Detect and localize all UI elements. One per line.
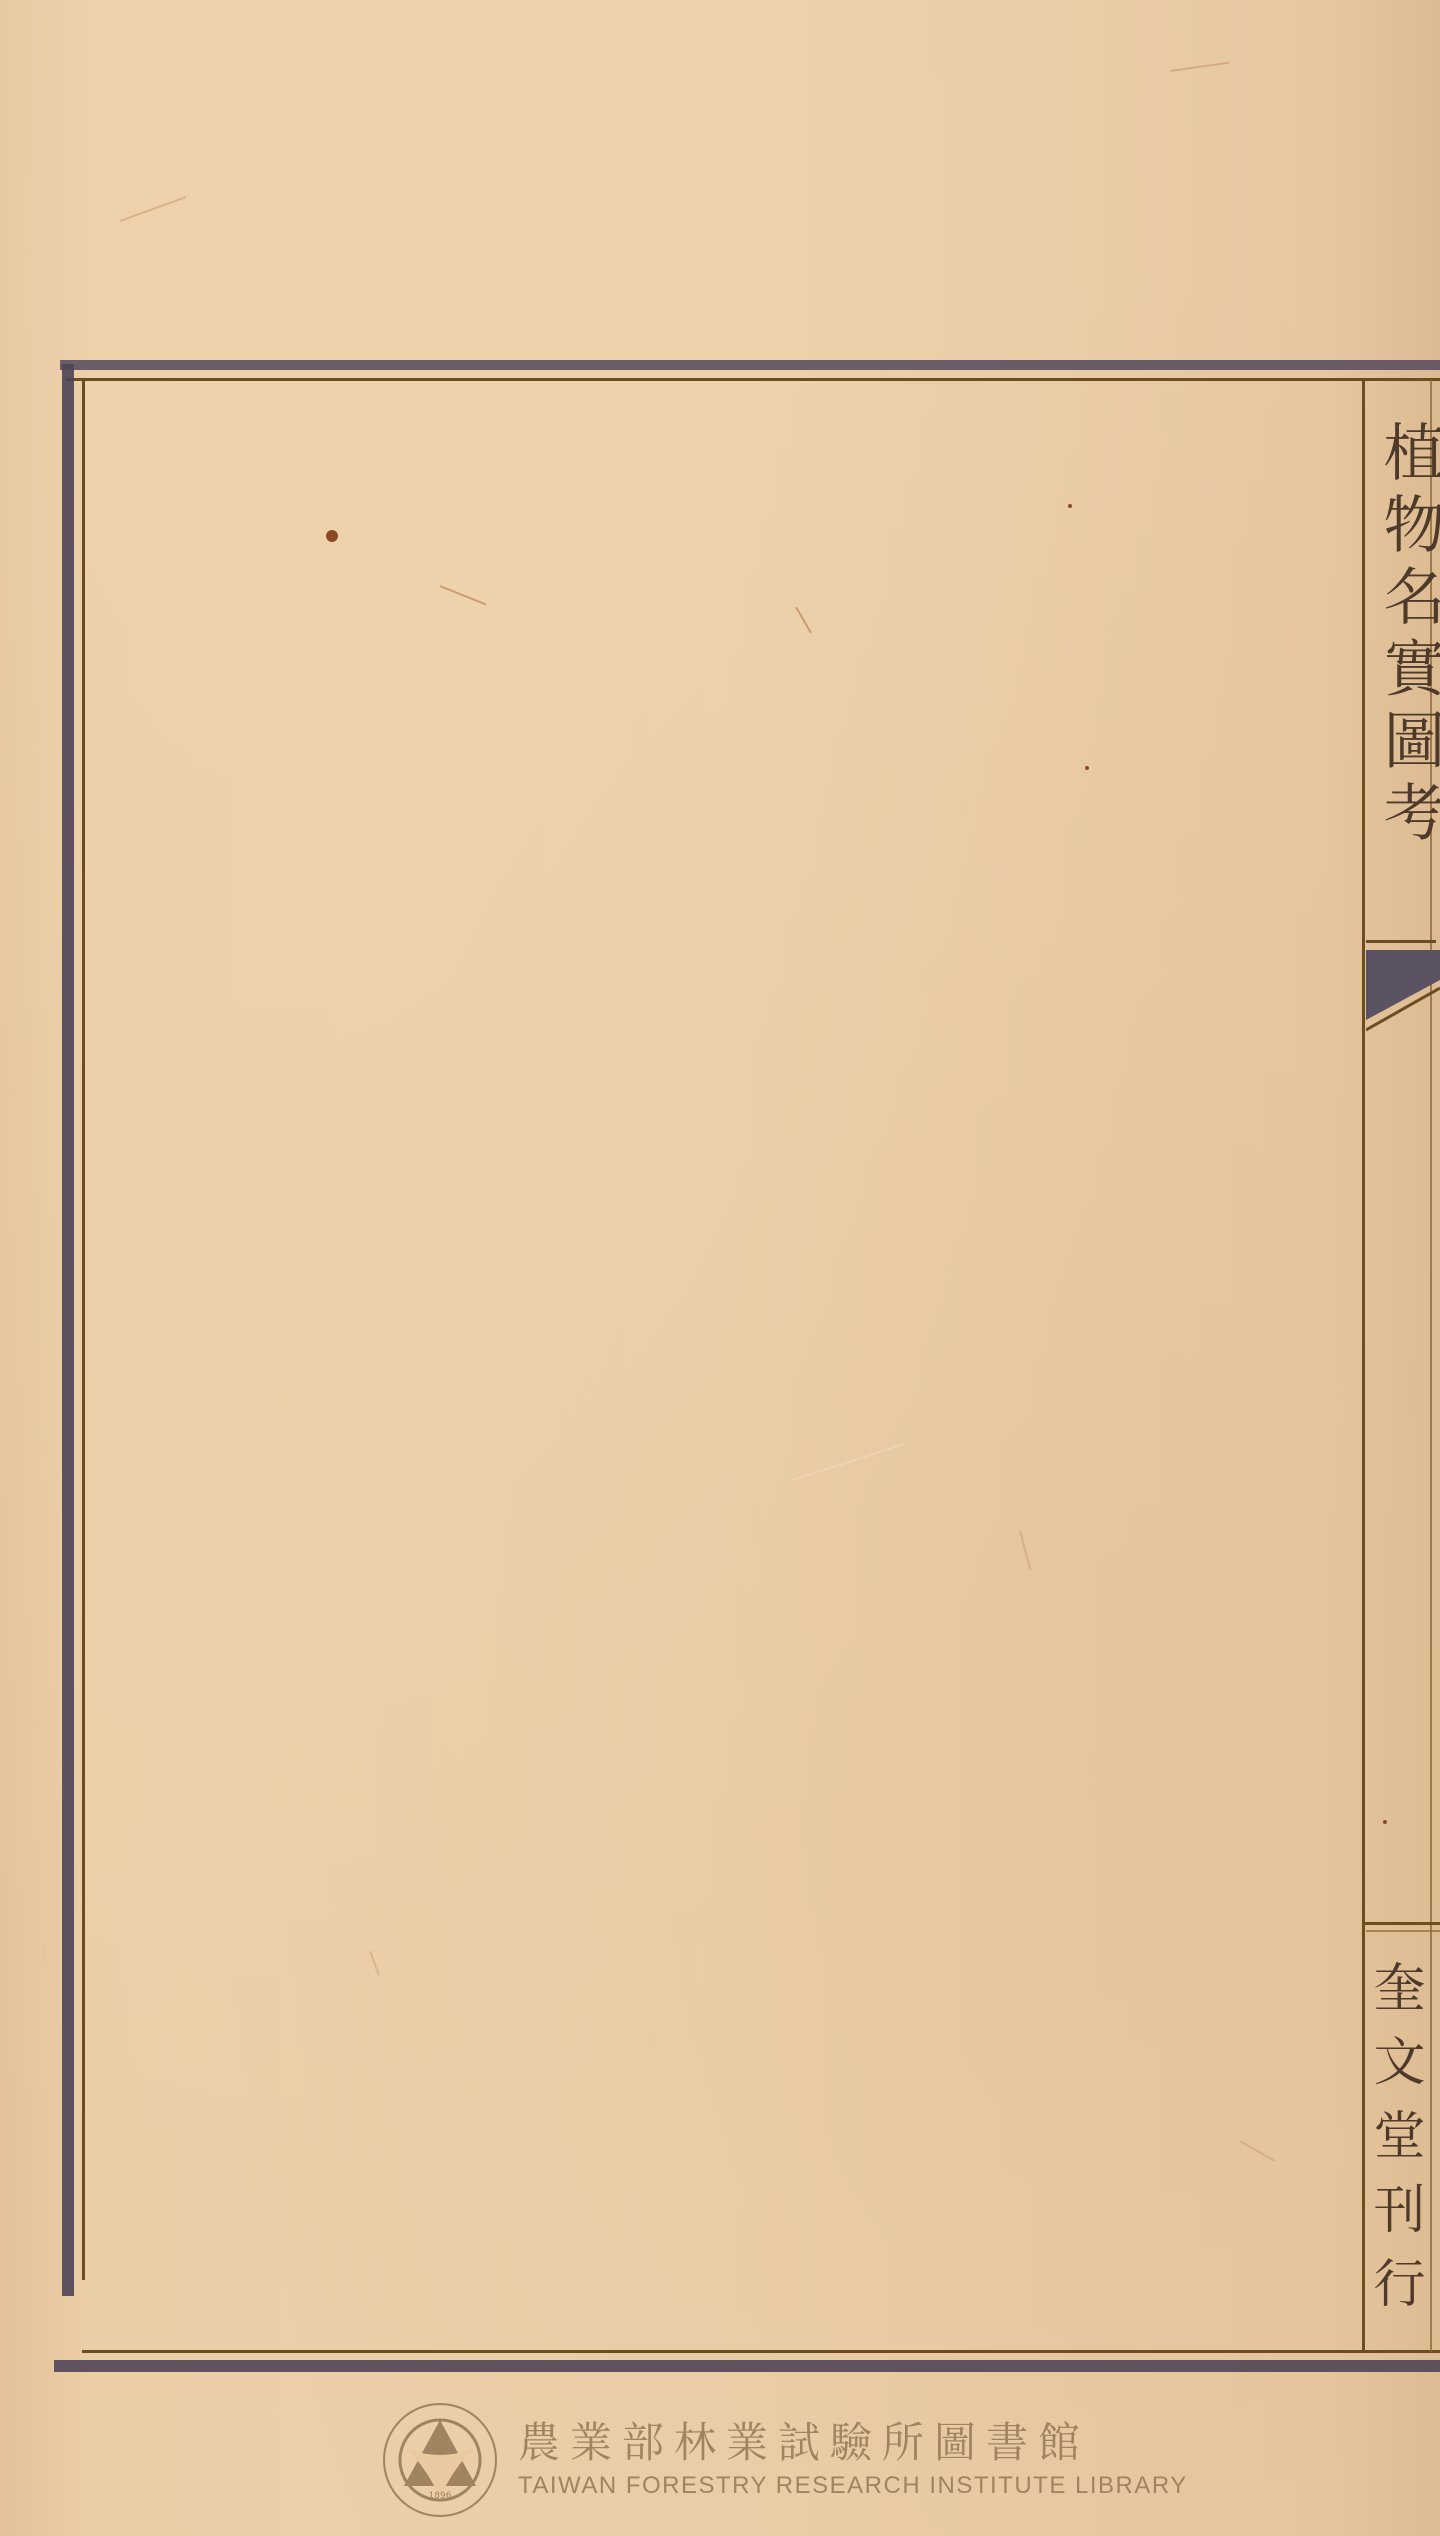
- watermark-text: 農業部林業試驗所圖書館 TAIWAN FORESTRY RESEARCH INS…: [518, 2420, 1188, 2500]
- fishtail-mark-icon: [1366, 940, 1440, 1040]
- library-name-english: TAIWAN FORESTRY RESEARCH INSTITUTE LIBRA…: [518, 2472, 1188, 2500]
- library-watermark: 1896 農業部林業試驗所圖書館 TAIWAN FORESTRY RESEARC…: [380, 2400, 1188, 2520]
- paper-fiber: [1170, 62, 1230, 72]
- center-column-divider: [1362, 1922, 1440, 1925]
- ink-speck: [1383, 1820, 1387, 1824]
- book-title-vertical: 植物名實圖考: [1368, 420, 1440, 920]
- library-name-chinese: 農業部林業試驗所圖書館: [518, 2420, 1188, 2466]
- center-column-divider-secondary: [1366, 1930, 1440, 1932]
- paper-fiber: [120, 196, 186, 222]
- frame-left-inner-border: [82, 380, 85, 2280]
- svg-text:1896: 1896: [429, 2491, 452, 2501]
- main-panel-blank: [86, 382, 1360, 2348]
- frame-bottom-inner-border: [82, 2350, 1440, 2353]
- forestry-institute-logo-icon: 1896: [380, 2400, 500, 2520]
- publisher-imprint-vertical: 奎文堂刊行: [1368, 1960, 1420, 2330]
- frame-left-outer-border: [62, 364, 74, 2296]
- book-page: 植物名實圖考 奎文堂刊行 1896 農業部林業試驗所圖書館 TAIWAN FOR…: [0, 0, 1440, 2536]
- frame-top-outer-border: [60, 360, 1440, 370]
- frame-bottom-outer-border: [54, 2360, 1440, 2372]
- frame-top-inner-border: [66, 378, 1440, 381]
